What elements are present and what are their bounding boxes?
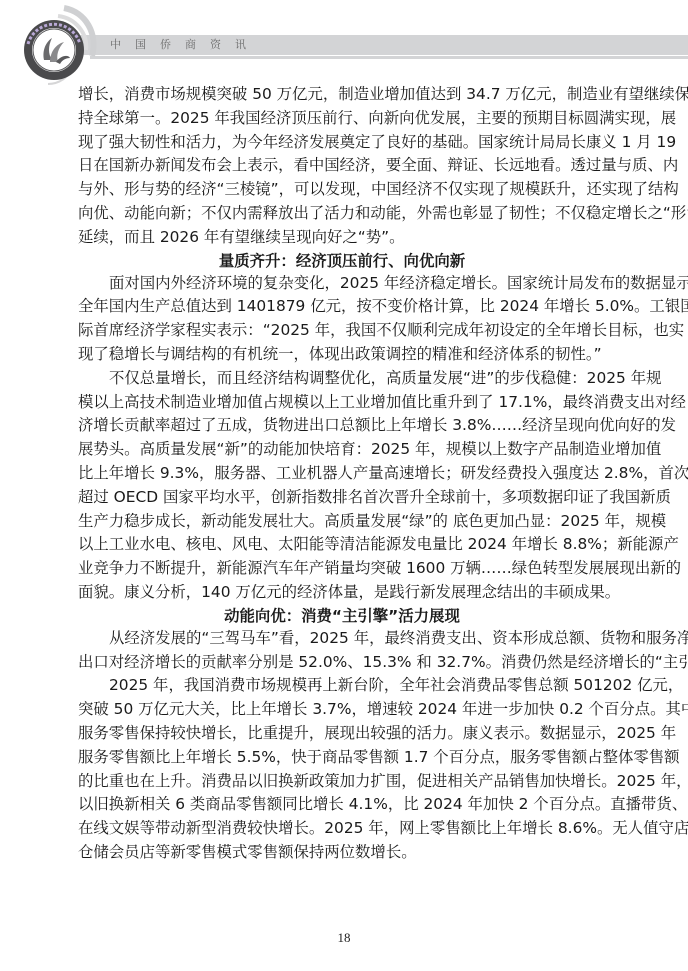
text-line: 向优、动能向新；不仅内需释放出了活力和动能，外需也彰显了韧性；不仅稳定增长之“形…	[78, 202, 606, 226]
text-line: 日在国新办新闻发布会上表示，看中国经济，要全面、辩证、长远地看。透过量与质、内	[78, 154, 606, 178]
publication-title: 中国侨商资讯	[110, 36, 260, 54]
text-line: 比上年增长 9.3%，服务器、工业机器人产量高速增长；研发经费投入强度达 2.8…	[78, 462, 606, 486]
chamber-logo-icon	[14, 4, 100, 86]
text-line: 在线文娱等带动新型消费较快增长。2025 年，网上零售额比上年增长 8.6%。无…	[78, 817, 606, 841]
text-line: 增长，消费市场规模突破 50 万亿元，制造业增加值达到 34.7 万亿元，制造业…	[78, 83, 606, 107]
text-line: 全年国内生产总值达到 1401879 亿元，按不变价格计算，比 2024 年增长…	[78, 295, 606, 319]
paragraph-retail: 2025 年，我国消费市场规模再上新台阶，全年社会消费品零售总额 501202 …	[78, 674, 606, 864]
text-line: 以上工业水电、核电、风电、太阳能等清洁能源发电量比 2024 年增长 8.8%；…	[78, 533, 606, 557]
section-heading-consumption: 动能向优：消费“主引擎”活力展现	[78, 605, 606, 627]
text-line: 从经济发展的“三驾马车”看，2025 年，最终消费支出、资本形成总额、货物和服务…	[78, 627, 606, 651]
text-line: 模以上高技术制造业增加值占规模以上工业增加值比重升到了 17.1%，最终消费支出…	[78, 391, 606, 415]
text-line: 服务零售额比上年增长 5.5%，快于商品零售额 1.7 个百分点，服务零售额占整…	[78, 746, 606, 770]
text-line: 以旧换新相关 6 类商品零售额同比增长 4.1%，比 2024 年加快 2 个百…	[78, 793, 606, 817]
article-body: 增长，消费市场规模突破 50 万亿元，制造业增加值达到 34.7 万亿元，制造业…	[78, 83, 606, 865]
text-line: 持全球第一。2025 年我国经济顶压前行、向新向优发展，主要的预期目标圆满实现，…	[78, 107, 606, 131]
text-line: 面貌。康义分析，140 万亿元的经济体量，是践行新发展理念结出的丰硕成果。	[78, 581, 606, 605]
text-line: 展势头。高质量发展“新”的动能加快培育：2025 年，规模以上数字产品制造业增加…	[78, 438, 606, 462]
text-line: 2025 年，我国消费市场规模再上新台阶，全年社会消费品零售总额 501202 …	[78, 674, 606, 698]
page-header: 中国侨商资讯	[0, 0, 688, 80]
text-line: 超过 OECD 国家平均水平，创新指数排名首次晋升全球前十，多项数据印证了我国新…	[78, 486, 606, 510]
text-line: 生产力稳步成长，新动能发展壮大。高质量发展“绿”的 底色更加凸显：2025 年，…	[78, 510, 606, 534]
text-line: 面对国内外经济环境的复杂变化，2025 年经济稳定增长。国家统计局发布的数据显示…	[78, 272, 606, 296]
text-line: 服务零售保持较快增长，比重提升，展现出较强的活力。康义表示。数据显示，2025 …	[78, 722, 606, 746]
text-line: 现了稳增长与调结构的有机统一，体现出政策调控的精准和经济体系的韧性。”	[78, 343, 606, 367]
text-line: 的比重也在上升。消费品以旧换新政策加力扩围，促进相关产品销售加快增长。2025 …	[78, 770, 606, 794]
text-line: 不仅总量增长，而且经济结构调整优化，高质量发展“进”的步伐稳健：2025 年规	[78, 367, 606, 391]
paragraph-structure: 不仅总量增长，而且经济结构调整优化，高质量发展“进”的步伐稳健：2025 年规 …	[78, 367, 606, 605]
paragraph-troika: 从经济发展的“三驾马车”看，2025 年，最终消费支出、资本形成总额、货物和服务…	[78, 627, 606, 675]
text-line: 业竞争力不断提升，新能源汽车年产销量均突破 1600 万辆……绿色转型发展展现出…	[78, 557, 606, 581]
paragraph-intro-continuation: 增长，消费市场规模突破 50 万亿元，制造业增加值达到 34.7 万亿元，制造业…	[78, 83, 606, 250]
text-line: 出口对经济增长的贡献率分别是 52.0%、15.3% 和 32.7%。消费仍然是…	[78, 651, 606, 675]
text-line: 突破 50 万亿元大关，比上年增长 3.7%，增速较 2024 年进一步加快 0…	[78, 698, 606, 722]
section-heading-quality-growth: 量质齐升：经济顶压前行、向优向新	[78, 250, 606, 272]
text-line: 与外、形与势的经济“三棱镜”，可以发现，中国经济不仅实现了规模跃升，还实现了结构	[78, 178, 606, 202]
text-line: 济增长贡献率超过了五成，货物进出口总额比上年增长 3.8%……经济呈现向优向好的…	[78, 414, 606, 438]
paragraph-gdp: 面对国内外经济环境的复杂变化，2025 年经济稳定增长。国家统计局发布的数据显示…	[78, 272, 606, 367]
text-line: 现了强大韧性和活力，为今年经济发展奠定了良好的基础。国家统计局局长康义 1 月 …	[78, 131, 606, 155]
text-line: 仓储会员店等新零售模式零售额保持两位数增长。	[78, 841, 606, 865]
text-line: 延续，而且 2026 年有望继续呈现向好之“势”。	[78, 226, 606, 250]
header-divider	[90, 56, 688, 59]
text-line: 际首席经济学家程实表示：“2025 年，我国不仅顺利完成年初设定的全年增长目标，…	[78, 319, 606, 343]
page-number: 18	[0, 930, 688, 946]
